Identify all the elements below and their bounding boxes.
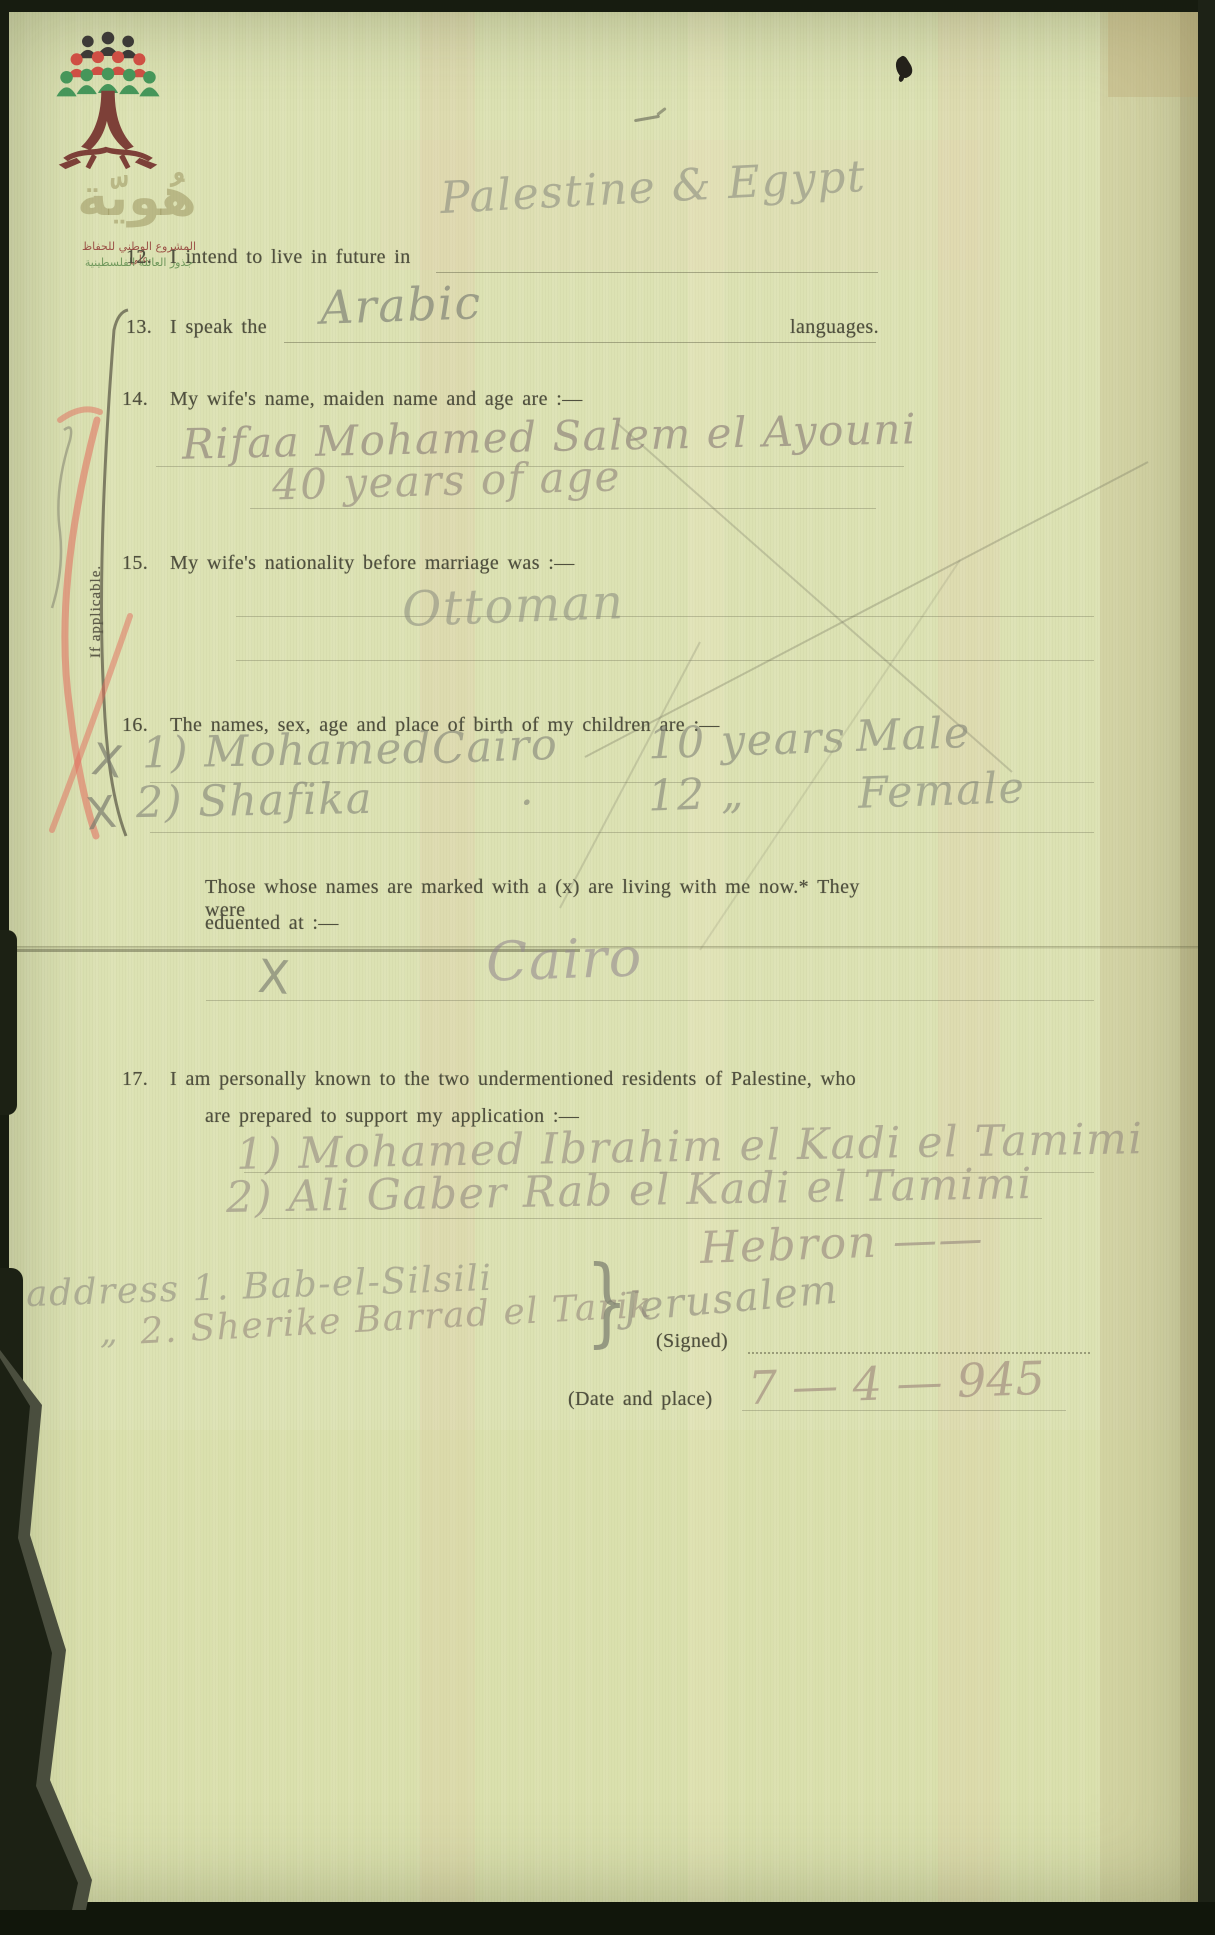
q14-number: 14. (122, 388, 148, 411)
q13-label: I speak the (170, 316, 267, 339)
q17-label-line1: I am personally known to the two underme… (170, 1068, 910, 1091)
q13-suffix: languages. (790, 316, 879, 339)
q17-number: 17. (122, 1068, 148, 1091)
q15-answer-line (236, 616, 1094, 617)
child1-birthplace-handwriting: Cairo (431, 720, 559, 774)
q12-label: I intend to live in future in (170, 246, 411, 269)
child2-birthplace-handwriting: · (520, 778, 535, 828)
child1-name-handwriting: 1) Mohamed (142, 723, 433, 778)
signed-label: (Signed) (656, 1330, 728, 1353)
address-ditto-mark: „ (100, 1312, 119, 1352)
child2-x-mark: X (83, 786, 120, 840)
educated-x-mark: X (256, 949, 293, 1005)
q15-label: My wife's nationality before marriage wa… (170, 552, 575, 575)
educated-line (206, 1000, 1094, 1001)
scanned-document-page: هُويّة المشروع الوطني للحفاظ على جذور ال… (0, 0, 1215, 1935)
q16-note-line2: eduented at :— (205, 912, 339, 935)
q13-number: 13. (126, 316, 152, 339)
q15-number: 15. (122, 552, 148, 575)
q13-answer-line (284, 342, 876, 343)
q14-label: My wife's name, maiden name and age are … (170, 388, 583, 411)
child2-age-handwriting: 12 „ (647, 768, 745, 821)
q15-answer-handwriting: Ottoman (401, 574, 625, 638)
q15-answer-line2 (236, 660, 1094, 661)
q13-answer-handwriting: Arabic (319, 275, 482, 335)
child2-line (150, 832, 1094, 833)
q14-answer-line2 (250, 508, 876, 509)
date-value-handwriting: 7 — 4 — 945 (747, 1351, 1046, 1415)
q12-answer-line (436, 272, 878, 273)
date-label: (Date and place) (568, 1388, 713, 1411)
child2-sex-handwriting: Female (857, 763, 1026, 819)
educated-place-handwriting: Cairo (485, 925, 644, 993)
witness-place-handwriting: Hebron —— (699, 1213, 985, 1274)
q12-number: 12. (126, 246, 152, 269)
child2-name-handwriting: 2) Shafika (136, 774, 374, 828)
child1-sex-handwriting: Male (855, 708, 972, 762)
margin-if-applicable-note: If applicable. (88, 518, 105, 658)
q14-wife-age-handwriting: 40 years of age (271, 451, 621, 509)
child1-age-handwriting: 10 years (647, 713, 847, 770)
